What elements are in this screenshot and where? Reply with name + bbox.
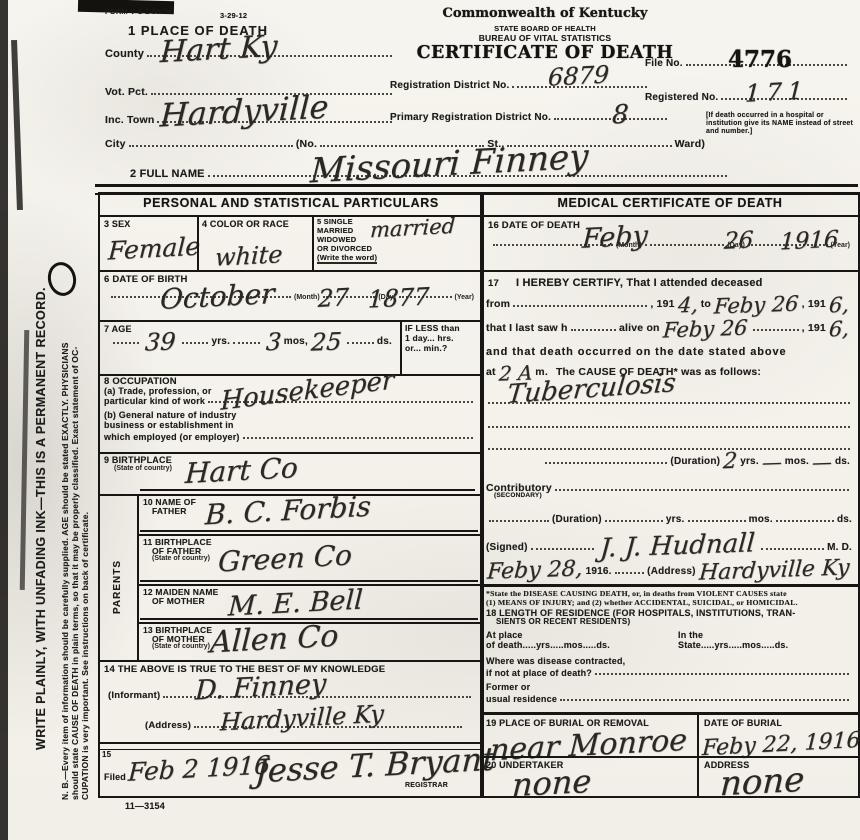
- age-mos-label: mos,: [284, 336, 308, 347]
- informant-label: (Informant): [108, 690, 160, 701]
- if-less-label: IF LESS than 1 day... hrs. or... min.?: [405, 323, 460, 353]
- form-number-top: FORM V S 1 900M: [105, 7, 171, 16]
- registered-no-label: Registered No.: [645, 92, 718, 103]
- registered-no-value-handwriting: 171: [744, 76, 809, 107]
- county-label: County: [105, 48, 144, 60]
- duration-mos-dash-handwriting: —: [761, 456, 782, 469]
- attended-from-row: from , 191 4, to Feby 26 , 191 6,: [486, 298, 852, 310]
- former-residence-line2-row: usual residence: [486, 694, 852, 704]
- city-ward-label: Ward): [675, 138, 705, 150]
- certify-statement: I HEREBY CERTIFY, That I attended deceas…: [516, 277, 763, 289]
- cause-dotted-line1: [488, 402, 850, 404]
- residence-label-line2: SIENTS OR RECENT RESIDENTS): [496, 617, 630, 626]
- certify-item-number: 17: [488, 278, 499, 289]
- commonwealth-heading: Commonwealth of Kentucky: [390, 6, 700, 21]
- occupation-b-line3-row: which employed (or employer): [104, 432, 476, 442]
- burial-date-label: DATE OF BURIAL: [704, 718, 782, 728]
- margin-nb-line1: N. B.—Every item of information should b…: [60, 40, 70, 800]
- dod-year-handwriting: 1916: [779, 226, 839, 255]
- header-center: Commonwealth of Kentucky STATE BOARD OF …: [390, 6, 700, 63]
- form-stock-number: 11—3154: [125, 801, 165, 811]
- in-state-line2: State.....yrs.....mos.....ds.: [678, 640, 788, 650]
- registration-district-row: Registration District No.: [390, 80, 650, 91]
- contracted-line2-row: if not at place of death?: [486, 668, 852, 678]
- duration-ds-dash-handwriting: —: [812, 456, 833, 469]
- parents-label: PARENTS: [112, 514, 123, 614]
- dob-year-sub: (Year): [455, 294, 474, 301]
- filed-item-number: 15: [102, 750, 111, 759]
- birthplace-sub: (State of country): [114, 465, 172, 472]
- cause-dotted-line3: [488, 448, 850, 450]
- color-race-label: 4 COLOR OR RACE: [202, 219, 289, 229]
- scan-streak-artifact: [11, 40, 23, 210]
- birthplace-label: 9 BIRTHPLACE: [104, 455, 172, 465]
- age-months-handwriting: 3: [265, 336, 281, 349]
- contracted-line2: if not at place of death?: [486, 668, 592, 678]
- sign-date-address-row: Feby 28, 1916. (Address) Hardyville Ky: [484, 564, 852, 577]
- county-value-handwriting: Hart Ky: [159, 29, 278, 70]
- dob-month-sub: (Month): [294, 294, 320, 301]
- to-year-handwriting: 6,: [829, 299, 850, 312]
- personal-section-title: PERSONAL AND STATISTICAL PARTICULARS: [100, 196, 482, 210]
- age-yrs-label: yrs.: [211, 336, 230, 347]
- occupation-a-line2: particular kind of work: [104, 396, 205, 406]
- mother-bp-value-handwriting: Allen Co: [209, 619, 339, 661]
- city-label: City: [105, 138, 126, 150]
- to-date-handwriting: Feby 26: [714, 298, 799, 313]
- scan-edge-artifact: [0, 0, 8, 840]
- last-saw-row: that I last saw h alive on Feby 26 , 191…: [486, 322, 852, 334]
- city-line: [129, 145, 293, 147]
- scan-streak-artifact: [20, 330, 30, 590]
- father-bp-value-handwriting: Green Co: [217, 538, 353, 578]
- age-ds-label: ds.: [377, 336, 392, 347]
- file-no-value: 4776: [728, 46, 792, 73]
- occurred-statement: and that death occurred on the date stat…: [486, 346, 787, 358]
- former-residence-line2: usual residence: [486, 694, 557, 704]
- hospital-note: [If death occurred in a hospital or inst…: [706, 112, 854, 136]
- state-board-heading: STATE BOARD OF HEALTH: [390, 24, 700, 33]
- contracted-line1: Where was disease contracted,: [486, 656, 625, 666]
- date-of-death-label: 16 DATE OF DEATH: [488, 220, 580, 231]
- physician-address-handwriting: Hardyville Ky: [698, 561, 849, 580]
- form-revision-date: 3-29-12: [220, 11, 247, 20]
- age-years-handwriting: 39: [145, 335, 176, 348]
- cause-dotted-line2: [488, 426, 850, 428]
- marital-status-value-handwriting: married: [369, 214, 455, 243]
- sex-label: 3 SEX: [104, 219, 131, 229]
- physician-address-label: (Address): [647, 566, 695, 577]
- vot-pct-label: Vot. Pct.: [105, 86, 148, 98]
- from-year-handwriting: 4,: [677, 299, 698, 312]
- signed-label: (Signed): [486, 542, 528, 553]
- personal-particulars-section: PERSONAL AND STATISTICAL PARTICULARS 3 S…: [98, 192, 484, 798]
- occupation-b-line3: which employed (or employer): [104, 432, 240, 442]
- dob-month-handwriting: October: [159, 277, 275, 316]
- cause-footnote-line2: (1) MEANS OF INJURY; and (2) whether ACC…: [486, 598, 798, 607]
- last-saw-year-handwriting: 6,: [829, 323, 850, 336]
- duration-years-handwriting: 2: [723, 456, 738, 469]
- registrar-label: REGISTRAR: [405, 782, 448, 789]
- in-state-line1: In the: [678, 630, 703, 640]
- filed-label: Filed: [104, 772, 126, 782]
- bureau-heading: BUREAU OF VITAL STATISTICS: [390, 33, 700, 43]
- birthplace-value-handwriting: Hart Co: [184, 451, 299, 490]
- father-name-label2: FATHER: [152, 506, 187, 516]
- primary-registration-value-handwriting: 8: [611, 100, 629, 131]
- primary-registration-line: [554, 118, 667, 120]
- to-label: to: [701, 298, 711, 310]
- age-label: 7 AGE: [104, 324, 132, 334]
- cause-footnote-line1: *State the DISEASE CAUSING DEATH, or, in…: [486, 589, 787, 598]
- registration-district-label: Registration District No.: [390, 80, 509, 91]
- at-place-line1: At place: [486, 630, 523, 640]
- occupation-a-line1: (a) Trade, profession, or: [104, 386, 212, 396]
- inc-town-label: Inc. Town: [105, 114, 154, 126]
- occupation-b-line1: (b) General nature of industry: [104, 410, 237, 420]
- inc-town-value-handwriting: Hardyville: [159, 88, 329, 135]
- occupation-b-line2: business or establishment in: [104, 420, 234, 430]
- father-bp-sub: (State of country): [152, 555, 210, 562]
- dod-month-handwriting: Feby: [581, 220, 648, 255]
- last-saw-date-handwriting: Feby 26: [662, 322, 747, 337]
- duration-row: (Duration) 2 yrs. — mos. — ds.: [542, 456, 850, 467]
- file-no-label: File No.: [645, 58, 683, 69]
- age-line: 39 yrs. 3 mos, 25 ds.: [110, 336, 392, 347]
- city-no-label: (No.: [296, 138, 317, 150]
- at-label: at: [486, 366, 496, 378]
- marital-status-label: 5 SINGLE MARRIED WIDOWED OR DIVORCED (Wr…: [317, 217, 377, 264]
- secondary-label: (SECONDARY): [494, 492, 542, 499]
- former-residence-line1: Former or: [486, 682, 530, 692]
- occupation-value-handwriting: Housekeeper: [220, 365, 394, 417]
- margin-nb-line3: CUPATION is very important. See instruct…: [80, 40, 90, 800]
- margin-nb-note: N. B.—Every item of information should b…: [60, 40, 90, 800]
- informant-address-label: (Address): [145, 720, 191, 731]
- undertaker-value-handwriting: none: [511, 762, 592, 804]
- alive-on-label: alive on: [619, 322, 660, 334]
- dod-day-handwriting: 26: [723, 227, 754, 255]
- last-saw-prefix: that I last saw h: [486, 322, 568, 334]
- sign-date-year: 1916.: [586, 566, 612, 577]
- mother-bp-sub: (State of country): [152, 643, 210, 650]
- signed-row: (Signed) J. J. Hudnall M. D.: [486, 538, 852, 553]
- medical-section-title: MEDICAL CERTIFICATE OF DEATH: [482, 196, 858, 210]
- duration2-row: (Duration) yrs. mos. ds.: [486, 514, 852, 525]
- margin-nb-line2: should state CAUSE OF DEATH in plain ter…: [70, 40, 80, 800]
- medical-certificate-section: MEDICAL CERTIFICATE OF DEATH 16 DATE OF …: [480, 192, 860, 798]
- primary-registration-label: Primary Registration District No.: [390, 112, 551, 123]
- dob-day-handwriting: 27: [317, 283, 349, 313]
- mother-name-value-handwriting: M. E. Bell: [227, 584, 363, 622]
- registration-district-value-handwriting: 6879: [547, 60, 609, 91]
- duration-label: (Duration): [670, 456, 720, 467]
- full-name-label: 2 FULL NAME: [130, 168, 205, 180]
- age-days-handwriting: 25: [311, 335, 342, 348]
- margin-write-plainly-note: WRITE PLAINLY, WITH UNFADING INK—THIS IS…: [34, 190, 48, 750]
- md-label: M. D.: [827, 542, 852, 553]
- color-race-value-handwriting: white: [214, 240, 283, 272]
- dob-year-handwriting: 1877: [367, 282, 429, 313]
- scanned-death-certificate: WRITE PLAINLY, WITH UNFADING INK—THIS IS…: [0, 0, 860, 840]
- sex-value-handwriting: Female: [107, 232, 201, 266]
- at-place-line2: of death.....yrs.....mos.....ds.: [486, 640, 610, 650]
- sign-date-handwriting: Feby 28,: [487, 562, 584, 579]
- duration2-label: (Duration): [552, 514, 602, 525]
- undertaker-address-value-handwriting: none: [719, 760, 805, 805]
- mother-name-label2: OF MOTHER: [152, 596, 205, 606]
- physician-signature-handwriting: J. J. Hudnall: [599, 535, 755, 556]
- from-label: from: [486, 298, 510, 310]
- filed-date-handwriting: Feb 2 1916: [127, 750, 271, 787]
